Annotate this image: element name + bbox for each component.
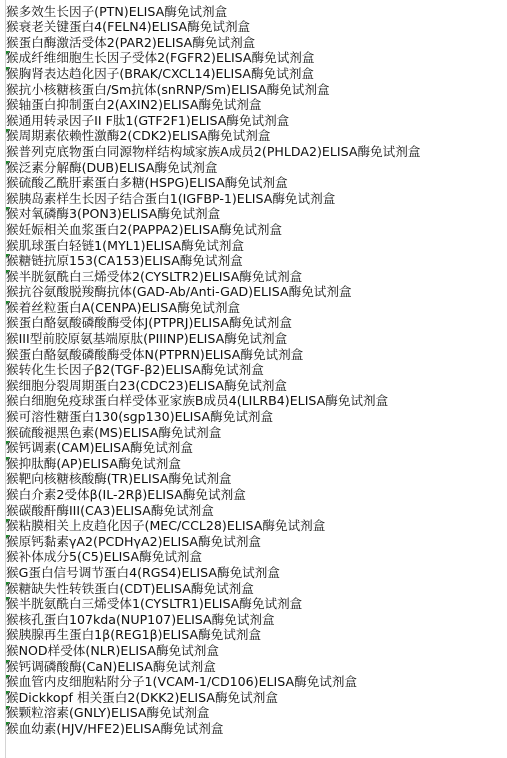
cell-text[interactable]: 猴Dickkopf 相关蛋白2(DKK2)ELISA酶免试剂盒 [6,690,278,706]
sheet-row[interactable]: 猴糖链抗原153(CA153)ELISA酶免试剂盒 [0,253,507,269]
sheet-row[interactable]: 猴转化生长因子β2(TGF-β2)ELISA酶免试剂盒 [0,362,507,378]
sheet-row[interactable] [0,737,507,753]
sheet-row[interactable]: 猴颗粒溶素(GNLY)ELISA酶免试剂盒 [0,705,507,721]
cell-text[interactable]: 猴碳酸酐酶III(CA3)ELISA酶免试剂盒 [6,503,214,519]
cell-text[interactable]: 猴III型前胶原氨基端原肽(PIIINP)ELISA酶免试剂盒 [6,331,287,347]
cell-text[interactable]: 猴糖缺失性转铁蛋白(CDT)ELISA酶免试剂盒 [6,581,254,597]
cell-text[interactable]: 猴硫酸乙酰肝素蛋白多糖(HSPG)ELISA酶免试剂盒 [6,175,288,191]
cell-text[interactable]: 猴细胞分裂周期蛋白23(CDC23)ELISA酶免试剂盒 [6,378,287,394]
cell-text[interactable]: 猴胰岛素样生长因子结合蛋白1(IGFBP-1)ELISA酶免试剂盒 [6,191,335,207]
cell-text[interactable]: 猴肌球蛋白轻链1(MYL1)ELISA酶免试剂盒 [6,238,244,254]
sheet-row[interactable]: 猴NOD样受体(NLR)ELISA酶免试剂盒 [0,643,507,659]
cell-text[interactable]: 猴普列克底物蛋白同源物样结构域家族A成员2(PHLDA2)ELISA酶免试剂盒 [6,144,420,160]
sheet-row[interactable]: 猴胰岛素样生长因子结合蛋白1(IGFBP-1)ELISA酶免试剂盒 [0,191,507,207]
sheet-row[interactable]: 猴半胱氨酰白三烯受体1(CYSLTR1)ELISA酶免试剂盒 [0,596,507,612]
cell-text[interactable]: 猴G蛋白信号调节蛋白4(RGS4)ELISA酶免试剂盒 [6,565,280,581]
sheet-row[interactable]: 猴原钙黏素γA2(PCDHγA2)ELISA酶免试剂盒 [0,534,507,550]
sheet-row[interactable]: 猴细胞分裂周期蛋白23(CDC23)ELISA酶免试剂盒 [0,378,507,394]
cell-text[interactable]: 猴抗小核糖核蛋白/Sm抗体(snRNP/Sm)ELISA酶免试剂盒 [6,82,330,98]
spreadsheet-column: 猴多效生长因子(PTN)ELISA酶免试剂盒猴衰老关键蛋白4(FELN4)ELI… [0,0,507,752]
sheet-row[interactable]: 猴轴蛋白抑制蛋白2(AXIN2)ELISA酶免试剂盒 [0,97,507,113]
sheet-row[interactable]: 猴硫酸褪黑色素(MS)ELISA酶免试剂盒 [0,425,507,441]
cell-text[interactable]: 猴转化生长因子β2(TGF-β2)ELISA酶免试剂盒 [6,362,264,378]
sheet-row[interactable]: 猴血管内皮细胞粘附分子1(VCAM-1/CD106)ELISA酶免试剂盒 [0,674,507,690]
cell-text[interactable]: 猴颗粒溶素(GNLY)ELISA酶免试剂盒 [6,705,210,721]
sheet-row[interactable]: 猴通用转录因子II F肽1(GTF2F1)ELISA酶免试剂盒 [0,113,507,129]
cell-text[interactable]: 猴可溶性糖蛋白130(sgp130)ELISA酶免试剂盒 [6,409,273,425]
sheet-row[interactable]: 猴靶向核糖核酸酶(TR)ELISA酶免试剂盒 [0,471,507,487]
cell-text[interactable]: 猴靶向核糖核酸酶(TR)ELISA酶免试剂盒 [6,471,232,487]
cell-text[interactable]: 猴NOD样受体(NLR)ELISA酶免试剂盒 [6,643,219,659]
sheet-row[interactable]: 猴III型前胶原氨基端原肽(PIIINP)ELISA酶免试剂盒 [0,331,507,347]
sheet-row[interactable]: 猴硫酸乙酰肝素蛋白多糖(HSPG)ELISA酶免试剂盒 [0,175,507,191]
sheet-row[interactable]: 猴钙调素(CAM)ELISA酶免试剂盒 [0,440,507,456]
cell-text[interactable]: 猴轴蛋白抑制蛋白2(AXIN2)ELISA酶免试剂盒 [6,97,261,113]
cell-text[interactable]: 猴泛素分解酶(DUB)ELISA酶免试剂盒 [6,160,217,176]
cell-text[interactable]: 猴蛋白酪氨酸磷酸酶受体N(PTPRN)ELISA酶免试剂盒 [6,347,303,363]
sheet-row[interactable]: 猴抗谷氨酸脱羧酶抗体(GAD-Ab/Anti-GAD)ELISA酶免试剂盒 [0,284,507,300]
cell-text[interactable]: 猴白介素2受体β(IL-2Rβ)ELISA酶免试剂盒 [6,487,246,503]
sheet-row[interactable]: 猴泛素分解酶(DUB)ELISA酶免试剂盒 [0,160,507,176]
sheet-row[interactable]: 猴核孔蛋白107kda(NUP107)ELISA酶免试剂盒 [0,612,507,628]
cell-text[interactable]: 猴蛋白酪氨酸磷酸酶受体J(PTPRJ)ELISA酶免试剂盒 [6,315,292,331]
sheet-row[interactable]: 猴妊娠相关血浆蛋白2(PAPPA2)ELISA酶免试剂盒 [0,222,507,238]
cell-text[interactable]: 猴钙调磷酸酶(CaN)ELISA酶免试剂盒 [6,659,216,675]
cell-text[interactable]: 猴钙调素(CAM)ELISA酶免试剂盒 [6,440,193,456]
sheet-row[interactable]: 猴血幼素(HJV/HFE2)ELISA酶免试剂盒 [0,721,507,737]
cell-text[interactable]: 猴蛋白酶激活受体2(PAR2)ELISA酶免试剂盒 [6,35,255,51]
cell-text[interactable]: 猴抑肽酶(AP)ELISA酶免试剂盒 [6,456,181,472]
sheet-row[interactable]: 猴蛋白酶激活受体2(PAR2)ELISA酶免试剂盒 [0,35,507,51]
cell-text[interactable]: 猴多效生长因子(PTN)ELISA酶免试剂盒 [6,4,227,20]
sheet-row[interactable]: 猴蛋白酪氨酸磷酸酶受体J(PTPRJ)ELISA酶免试剂盒 [0,315,507,331]
cell-text[interactable]: 猴胸肾表达趋化因子(BRAK/CXCL14)ELISA酶免试剂盒 [6,66,314,82]
cell-text[interactable]: 猴原钙黏素γA2(PCDHγA2)ELISA酶免试剂盒 [6,534,261,550]
sheet-row[interactable]: 猴碳酸酐酶III(CA3)ELISA酶免试剂盒 [0,503,507,519]
sheet-row[interactable]: 猴着丝粒蛋白A(CENPA)ELISA酶免试剂盒 [0,300,507,316]
cell-text[interactable]: 猴抗谷氨酸脱羧酶抗体(GAD-Ab/Anti-GAD)ELISA酶免试剂盒 [6,284,352,300]
sheet-row[interactable]: 猴白介素2受体β(IL-2Rβ)ELISA酶免试剂盒 [0,487,507,503]
cell-text[interactable]: 猴核孔蛋白107kda(NUP107)ELISA酶免试剂盒 [6,612,275,628]
sheet-row[interactable]: 猴蛋白酪氨酸磷酸酶受体N(PTPRN)ELISA酶免试剂盒 [0,347,507,363]
sheet-row[interactable]: 猴肌球蛋白轻链1(MYL1)ELISA酶免试剂盒 [0,238,507,254]
cell-text[interactable]: 猴糖链抗原153(CA153)ELISA酶免试剂盒 [6,253,243,269]
sheet-row[interactable]: 猴衰老关键蛋白4(FELN4)ELISA酶免试剂盒 [0,19,507,35]
sheet-row[interactable]: 猴糖缺失性转铁蛋白(CDT)ELISA酶免试剂盒 [0,581,507,597]
sheet-row[interactable]: 猴胰腺再生蛋白1β(REG1β)ELISA酶免试剂盒 [0,627,507,643]
sheet-row[interactable]: 猴抗小核糖核蛋白/Sm抗体(snRNP/Sm)ELISA酶免试剂盒 [0,82,507,98]
cell-text[interactable]: 猴半胱氨酰白三烯受体2(CYSLTR2)ELISA酶免试剂盒 [6,269,302,285]
cell-text[interactable]: 猴通用转录因子II F肽1(GTF2F1)ELISA酶免试剂盒 [6,113,289,129]
sheet-row[interactable]: 猴可溶性糖蛋白130(sgp130)ELISA酶免试剂盒 [0,409,507,425]
cell-text[interactable]: 猴硫酸褪黑色素(MS)ELISA酶免试剂盒 [6,425,221,441]
cell-text[interactable]: 猴补体成分5(C5)ELISA酶免试剂盒 [6,549,202,565]
sheet-row[interactable]: 猴胸肾表达趋化因子(BRAK/CXCL14)ELISA酶免试剂盒 [0,66,507,82]
sheet-row[interactable]: 猴G蛋白信号调节蛋白4(RGS4)ELISA酶免试剂盒 [0,565,507,581]
sheet-row[interactable]: 猴白细胞免疫球蛋白样受体亚家族B成员4(LILRB4)ELISA酶免试剂盒 [0,393,507,409]
cell-text[interactable]: 猴周期素依赖性激酶2(CDK2)ELISA酶免试剂盒 [6,128,270,144]
cell-text[interactable]: 猴白细胞免疫球蛋白样受体亚家族B成员4(LILRB4)ELISA酶免试剂盒 [6,393,388,409]
cell-text[interactable]: 猴粘膜相关上皮趋化因子(MEC/CCL28)ELISA酶免试剂盒 [6,518,325,534]
sheet-row[interactable]: 猴抑肽酶(AP)ELISA酶免试剂盒 [0,456,507,472]
sheet-row[interactable]: 猴多效生长因子(PTN)ELISA酶免试剂盒 [0,4,507,20]
sheet-row[interactable]: 猴粘膜相关上皮趋化因子(MEC/CCL28)ELISA酶免试剂盒 [0,518,507,534]
cell-text[interactable]: 猴成纤维细胞生长因子受体2(FGFR2)ELISA酶免试剂盒 [6,50,314,66]
sheet-row[interactable]: 猴Dickkopf 相关蛋白2(DKK2)ELISA酶免试剂盒 [0,690,507,706]
cell-text[interactable]: 猴半胱氨酰白三烯受体1(CYSLTR1)ELISA酶免试剂盒 [6,596,302,612]
sheet-row[interactable]: 猴半胱氨酰白三烯受体2(CYSLTR2)ELISA酶免试剂盒 [0,269,507,285]
cell-text[interactable]: 猴血管内皮细胞粘附分子1(VCAM-1/CD106)ELISA酶免试剂盒 [6,674,357,690]
cell-text[interactable]: 猴衰老关键蛋白4(FELN4)ELISA酶免试剂盒 [6,19,250,35]
cell-text[interactable]: 猴妊娠相关血浆蛋白2(PAPPA2)ELISA酶免试剂盒 [6,222,282,238]
sheet-row[interactable]: 猴成纤维细胞生长因子受体2(FGFR2)ELISA酶免试剂盒 [0,50,507,66]
cell-text[interactable]: 猴血幼素(HJV/HFE2)ELISA酶免试剂盒 [6,721,223,737]
sheet-row[interactable]: 猴补体成分5(C5)ELISA酶免试剂盒 [0,549,507,565]
sheet-row[interactable]: 猴钙调磷酸酶(CaN)ELISA酶免试剂盒 [0,659,507,675]
cell-text[interactable]: 猴对氧磷酶3(PON3)ELISA酶免试剂盒 [6,206,220,222]
cell-text[interactable]: 猴胰腺再生蛋白1β(REG1β)ELISA酶免试剂盒 [6,627,261,643]
cell-text[interactable]: 猴着丝粒蛋白A(CENPA)ELISA酶免试剂盒 [6,300,240,316]
sheet-row[interactable]: 猴对氧磷酶3(PON3)ELISA酶免试剂盒 [0,206,507,222]
sheet-row[interactable]: 猴普列克底物蛋白同源物样结构域家族A成员2(PHLDA2)ELISA酶免试剂盒 [0,144,507,160]
sheet-row[interactable]: 猴周期素依赖性激酶2(CDK2)ELISA酶免试剂盒 [0,128,507,144]
